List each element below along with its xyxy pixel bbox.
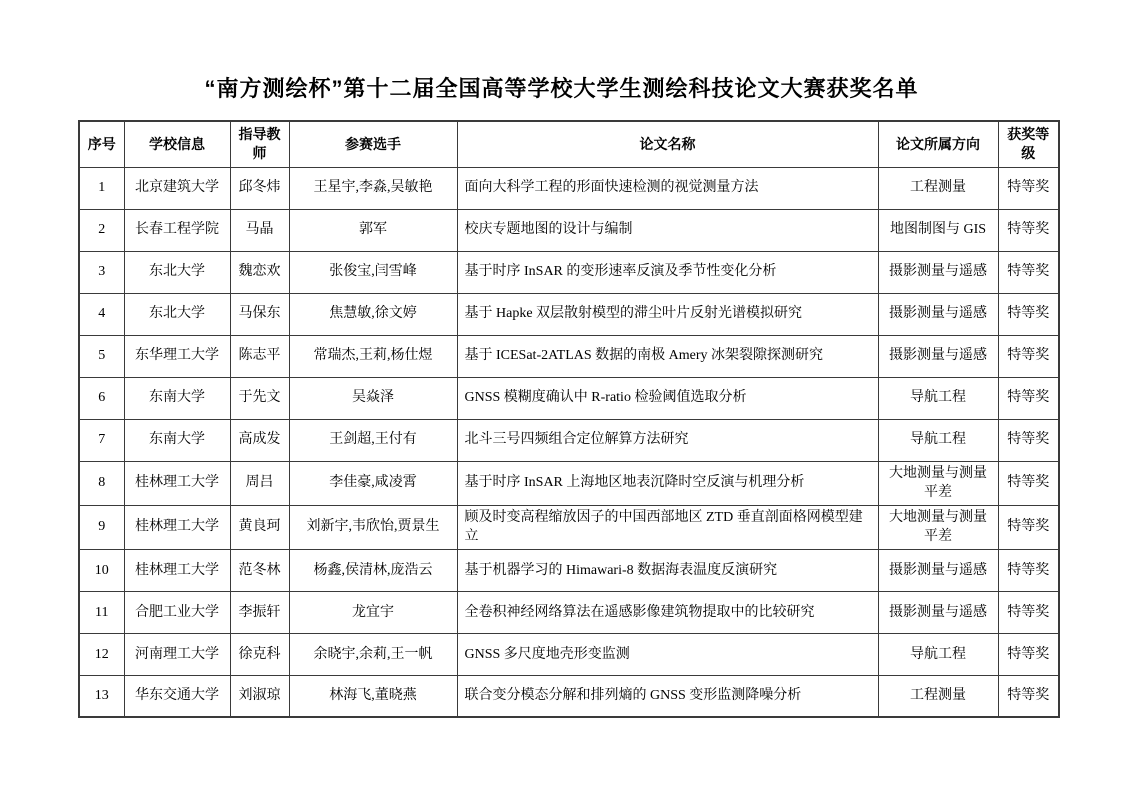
participant-names: 王剑超,王付有 [289, 419, 457, 461]
paper-direction: 摄影测量与遥感 [878, 335, 998, 377]
award-level: 特等奖 [998, 167, 1059, 209]
participant-names: 龙宜宇 [289, 591, 457, 633]
award-level: 特等奖 [998, 251, 1059, 293]
participant-names: 吴焱泽 [289, 377, 457, 419]
participant-names: 李佳豪,咸凌霄 [289, 461, 457, 505]
paper-direction: 导航工程 [878, 419, 998, 461]
paper-direction: 地图制图与 GIS [878, 209, 998, 251]
award-level: 特等奖 [998, 419, 1059, 461]
school-name: 桂林理工大学 [124, 549, 230, 591]
table-row: 13华东交通大学刘淑琼林海飞,董晓燕联合变分模态分解和排列熵的 GNSS 变形监… [79, 675, 1059, 717]
advisor-name: 周吕 [230, 461, 289, 505]
advisor-name: 马保东 [230, 293, 289, 335]
school-name: 东华理工大学 [124, 335, 230, 377]
paper-direction: 摄影测量与遥感 [878, 591, 998, 633]
advisor-name: 徐克科 [230, 633, 289, 675]
column-header-award: 获奖等级 [998, 121, 1059, 167]
advisor-name: 刘淑琼 [230, 675, 289, 717]
paper-title: GNSS 模糊度确认中 R-ratio 检验阈值选取分析 [457, 377, 878, 419]
table-header-row: 序号学校信息指导教师参赛选手论文名称论文所属方向获奖等级 [79, 121, 1059, 167]
award-level: 特等奖 [998, 377, 1059, 419]
school-name: 长春工程学院 [124, 209, 230, 251]
award-level: 特等奖 [998, 293, 1059, 335]
award-level: 特等奖 [998, 549, 1059, 591]
award-level: 特等奖 [998, 505, 1059, 549]
row-number: 1 [79, 167, 124, 209]
table-row: 9桂林理工大学黄良珂刘新宇,韦欣怡,贾景生顾及时变高程缩放因子的中国西部地区 Z… [79, 505, 1059, 549]
awards-table: 序号学校信息指导教师参赛选手论文名称论文所属方向获奖等级 1北京建筑大学邱冬炜王… [78, 120, 1060, 718]
participant-names: 王星宇,李淼,吴敏艳 [289, 167, 457, 209]
table-row: 2长春工程学院马晶郭军校庆专题地图的设计与编制地图制图与 GIS特等奖 [79, 209, 1059, 251]
participant-names: 焦慧敏,徐文婷 [289, 293, 457, 335]
paper-title: 基于时序 InSAR 的变形速率反演及季节性变化分析 [457, 251, 878, 293]
table-row: 1北京建筑大学邱冬炜王星宇,李淼,吴敏艳面向大科学工程的形面快速检测的视觉测量方… [79, 167, 1059, 209]
row-number: 9 [79, 505, 124, 549]
row-number: 5 [79, 335, 124, 377]
column-header-direction: 论文所属方向 [878, 121, 998, 167]
paper-direction: 导航工程 [878, 377, 998, 419]
table-row: 8桂林理工大学周吕李佳豪,咸凌霄基于时序 InSAR 上海地区地表沉降时空反演与… [79, 461, 1059, 505]
column-header-school: 学校信息 [124, 121, 230, 167]
paper-title: 基于时序 InSAR 上海地区地表沉降时空反演与机理分析 [457, 461, 878, 505]
table-row: 4东北大学马保东焦慧敏,徐文婷基于 Hapke 双层散射模型的滞尘叶片反射光谱模… [79, 293, 1059, 335]
paper-title: 基于机器学习的 Himawari-8 数据海表温度反演研究 [457, 549, 878, 591]
table-row: 7东南大学高成发王剑超,王付有北斗三号四频组合定位解算方法研究导航工程特等奖 [79, 419, 1059, 461]
paper-direction: 大地测量与测量平差 [878, 461, 998, 505]
participant-names: 林海飞,董晓燕 [289, 675, 457, 717]
paper-title: 全卷积神经网络算法在遥感影像建筑物提取中的比较研究 [457, 591, 878, 633]
paper-direction: 摄影测量与遥感 [878, 293, 998, 335]
award-level: 特等奖 [998, 335, 1059, 377]
advisor-name: 范冬林 [230, 549, 289, 591]
table-row: 6东南大学于先文吴焱泽GNSS 模糊度确认中 R-ratio 检验阈值选取分析导… [79, 377, 1059, 419]
row-number: 10 [79, 549, 124, 591]
advisor-name: 魏恋欢 [230, 251, 289, 293]
row-number: 4 [79, 293, 124, 335]
table-row: 12河南理工大学徐克科余晓宇,余莉,王一帆GNSS 多尺度地壳形变监测导航工程特… [79, 633, 1059, 675]
row-number: 2 [79, 209, 124, 251]
award-level: 特等奖 [998, 461, 1059, 505]
school-name: 东北大学 [124, 293, 230, 335]
advisor-name: 马晶 [230, 209, 289, 251]
paper-direction: 工程测量 [878, 167, 998, 209]
paper-title: 基于 Hapke 双层散射模型的滞尘叶片反射光谱模拟研究 [457, 293, 878, 335]
school-name: 东北大学 [124, 251, 230, 293]
participant-names: 刘新宇,韦欣怡,贾景生 [289, 505, 457, 549]
advisor-name: 高成发 [230, 419, 289, 461]
advisor-name: 陈志平 [230, 335, 289, 377]
table-row: 5东华理工大学陈志平常瑞杰,王莉,杨仕煜基于 ICESat-2ATLAS 数据的… [79, 335, 1059, 377]
paper-title: 校庆专题地图的设计与编制 [457, 209, 878, 251]
column-header-no: 序号 [79, 121, 124, 167]
page-title: “南方测绘杯”第十二届全国高等学校大学生测绘科技论文大赛获奖名单 [0, 72, 1123, 103]
paper-direction: 摄影测量与遥感 [878, 251, 998, 293]
paper-title: 面向大科学工程的形面快速检测的视觉测量方法 [457, 167, 878, 209]
paper-direction: 工程测量 [878, 675, 998, 717]
award-level: 特等奖 [998, 633, 1059, 675]
paper-direction: 摄影测量与遥感 [878, 549, 998, 591]
paper-title: 北斗三号四频组合定位解算方法研究 [457, 419, 878, 461]
paper-title: 基于 ICESat-2ATLAS 数据的南极 Amery 冰架裂隙探测研究 [457, 335, 878, 377]
table-row: 3东北大学魏恋欢张俊宝,闫雪峰基于时序 InSAR 的变形速率反演及季节性变化分… [79, 251, 1059, 293]
row-number: 11 [79, 591, 124, 633]
advisor-name: 于先文 [230, 377, 289, 419]
row-number: 6 [79, 377, 124, 419]
paper-direction: 大地测量与测量平差 [878, 505, 998, 549]
paper-direction: 导航工程 [878, 633, 998, 675]
table-row: 11合肥工业大学李振轩龙宜宇全卷积神经网络算法在遥感影像建筑物提取中的比较研究摄… [79, 591, 1059, 633]
row-number: 12 [79, 633, 124, 675]
row-number: 8 [79, 461, 124, 505]
participant-names: 杨鑫,侯清林,庞浩云 [289, 549, 457, 591]
award-level: 特等奖 [998, 675, 1059, 717]
row-number: 7 [79, 419, 124, 461]
participant-names: 常瑞杰,王莉,杨仕煜 [289, 335, 457, 377]
column-header-participants: 参赛选手 [289, 121, 457, 167]
paper-title: 联合变分模态分解和排列熵的 GNSS 变形监测降噪分析 [457, 675, 878, 717]
award-level: 特等奖 [998, 209, 1059, 251]
advisor-name: 黄良珂 [230, 505, 289, 549]
column-header-paper: 论文名称 [457, 121, 878, 167]
table-body: 1北京建筑大学邱冬炜王星宇,李淼,吴敏艳面向大科学工程的形面快速检测的视觉测量方… [79, 167, 1059, 717]
column-header-teacher: 指导教师 [230, 121, 289, 167]
paper-title: GNSS 多尺度地壳形变监测 [457, 633, 878, 675]
school-name: 东南大学 [124, 419, 230, 461]
school-name: 河南理工大学 [124, 633, 230, 675]
row-number: 13 [79, 675, 124, 717]
advisor-name: 李振轩 [230, 591, 289, 633]
school-name: 东南大学 [124, 377, 230, 419]
advisor-name: 邱冬炜 [230, 167, 289, 209]
participant-names: 余晓宇,余莉,王一帆 [289, 633, 457, 675]
school-name: 桂林理工大学 [124, 505, 230, 549]
paper-title: 顾及时变高程缩放因子的中国西部地区 ZTD 垂直剖面格网模型建立 [457, 505, 878, 549]
document-page: “南方测绘杯”第十二届全国高等学校大学生测绘科技论文大赛获奖名单 序号学校信息指… [0, 0, 1123, 794]
school-name: 桂林理工大学 [124, 461, 230, 505]
row-number: 3 [79, 251, 124, 293]
participant-names: 郭军 [289, 209, 457, 251]
participant-names: 张俊宝,闫雪峰 [289, 251, 457, 293]
school-name: 华东交通大学 [124, 675, 230, 717]
school-name: 合肥工业大学 [124, 591, 230, 633]
school-name: 北京建筑大学 [124, 167, 230, 209]
table-row: 10桂林理工大学范冬林杨鑫,侯清林,庞浩云基于机器学习的 Himawari-8 … [79, 549, 1059, 591]
award-level: 特等奖 [998, 591, 1059, 633]
